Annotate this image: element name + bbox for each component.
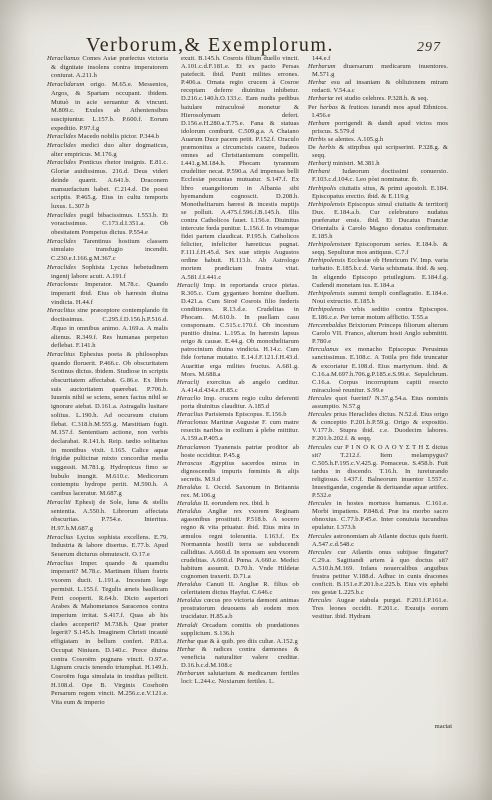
entry-headword: Heraclio: [177, 395, 201, 402]
entry-headword: Herbæ: [177, 646, 195, 653]
index-entry: Hercules prius Heraclides dictus. N.52.d…: [308, 411, 448, 443]
index-entry: Heraclianus Comes Asiæ præfectus victori…: [47, 55, 168, 81]
index-entry: Heraclio Imp. crucem regio cultu deferen…: [177, 395, 299, 411]
entry-headword: Heraclides: [47, 142, 76, 149]
entry-headword: Heraldus: [177, 500, 202, 507]
index-entry: Herbipolensis Episcopus simul ciuitatis …: [308, 201, 448, 241]
index-entry: Hercules in hostes mortuos humanus. C.16…: [308, 500, 448, 532]
index-entry: Heraldus I. Occid. Saxonum in Britannia …: [177, 484, 299, 500]
index-entry: Herbariæ rei studio celebres. P.328.h. &…: [308, 95, 448, 103]
index-entry: Herbipolensis Ecclesiæ ob Henricum IV. I…: [308, 257, 448, 289]
entry-headword: Herbarij: [308, 160, 331, 167]
index-column-1: Heraclianus Comes Asiæ præfectus victori…: [47, 55, 168, 737]
entry-headword: Heraclidarum: [47, 81, 84, 88]
entry-headword: Herbæ: [177, 638, 195, 645]
entry-headword: Hercules: [308, 444, 332, 451]
entry-headword: Heraclij: [177, 282, 199, 289]
entry-headword: Herbani: [308, 168, 330, 175]
index-entry: Herbam porrigendi & dandi apud victos mo…: [308, 120, 448, 136]
entry-headword: Heraclitus: [47, 307, 75, 314]
index-entry: Herbipolensis vrbis seditio contra Episc…: [308, 306, 448, 322]
entry-headword: Herbipolis: [308, 185, 336, 192]
index-entry: Heraldus cœcus pro victoria dæmoni anima…: [177, 597, 299, 621]
index-entry: Heraldus Angliæ rex vxorem Reginam agaso…: [177, 508, 299, 581]
entry-headword: Heraldus: [177, 597, 202, 604]
index-entry: Herbis se alentes. A.105.g.h: [308, 136, 448, 144]
entry-headword: Heraldus: [177, 508, 202, 515]
index-entry: Herbæ quæ & à quib. pro diis cultæ. A.15…: [177, 638, 299, 646]
index-columns: Heraclianus Comes Asiæ præfectus victori…: [47, 55, 455, 737]
entry-headword: Heraldi: [177, 622, 198, 629]
index-entry: Heraclonas Martinæ Augustæ F. cum matre …: [177, 419, 299, 443]
index-entry: 144.e.f: [308, 55, 448, 63]
index-entry: Hercules astronomiam ab Atlante doctus q…: [308, 533, 448, 549]
index-entry: Heraclius Lycius sophista excellens. E.7…: [47, 534, 168, 560]
page-number: 297: [404, 40, 454, 56]
index-entry: De herbis & stirpibus qui scripserint. P…: [308, 144, 448, 160]
entry-headword: Herbæ: [308, 79, 326, 86]
index-entry: Heraldus II. eorundem rex. ibid. h: [177, 500, 299, 508]
index-entry: Herbarum diuersarum medicarum inuentores…: [308, 63, 448, 79]
entry-headword: herbis: [319, 144, 336, 151]
entry-headword: Heraclides: [47, 159, 76, 166]
index-entry: Hercules cur Atlantis onus subijsse fing…: [308, 549, 448, 598]
entry-headword: Herbariæ: [308, 95, 334, 102]
index-entry: Herbipolis ciuitatis situs, & primi apos…: [308, 185, 448, 201]
index-entry: Herbipolensis summi templi conflagratio.…: [308, 290, 448, 306]
entry-headword: Heraclij: [177, 379, 199, 386]
index-entry: Heraldi Orcadum comitis ob prædationes s…: [177, 622, 299, 638]
entry-headword: Heraclides: [47, 264, 76, 271]
index-entry: Heraclamon Tyanensis patriæ proditor ab …: [177, 444, 299, 460]
entry-headword: Heraldus: [177, 581, 202, 588]
running-header: Verborum,& Exemplorum.: [0, 34, 420, 57]
entry-headword: Heraclides: [47, 133, 76, 140]
index-entry: Herbarum salutarium & medicarum fertiles…: [177, 670, 299, 686]
entry-headword: Herbarum: [177, 670, 204, 677]
entry-headword: Heracliti: [47, 499, 71, 506]
entry-headword: Hercules: [308, 395, 332, 402]
index-entry: Heraclidarum origo. M.65.e. Messenios, A…: [47, 81, 168, 133]
index-entry: Heraclius Imper. quando & quamdiu impera…: [47, 560, 168, 708]
index-entry: Herculanus ex monacho Episcopus Perusinu…: [308, 346, 448, 395]
entry-headword: Heraclianus: [47, 55, 80, 62]
entry-headword: Herculanus: [308, 346, 339, 353]
entry-headword: Herbam: [308, 120, 330, 127]
index-column-2: exuit. B.145.h. Cosrois filium duello vi…: [177, 55, 299, 737]
index-entry: Herbipolensium Episcoporum series. E.184…: [308, 241, 448, 257]
index-entry: Heraclitus sine præceptore contemplando …: [47, 307, 168, 351]
entry-headword: Herbipolensis: [308, 257, 345, 264]
entry-headword: Herbipolensium: [308, 241, 351, 248]
entry-headword: Herbipolensis: [308, 290, 345, 297]
index-entry: Heraclides Ponticus rhetor insignis. E.8…: [47, 159, 168, 211]
index-entry: Heraclij exercitus ab angelo cæditur. A.…: [177, 379, 299, 395]
entry-headword: Heraclius: [47, 560, 73, 567]
index-entry: Hercules Augeæ stabula purgat. F.201.f.P…: [308, 597, 448, 621]
entry-headword: Heraldus: [177, 484, 202, 491]
index-entry: Per herbas & frutices iurandi mos apud E…: [308, 104, 448, 120]
index-column-3: 144.e.fHerbarum diuersarum medicarum inu…: [308, 55, 448, 737]
entry-headword: Heraclius: [47, 534, 73, 541]
entry-headword: Hercules: [308, 549, 332, 556]
entry-headword: Heraclitus: [47, 351, 75, 358]
index-entry: Heraclonas Imperator. M.78.c. Quando imp…: [47, 281, 168, 307]
entry-headword: Herbis: [308, 136, 326, 143]
entry-headword: Hercules: [308, 597, 332, 604]
index-entry: Heraclides medici duo alter dogmaticus, …: [47, 142, 168, 159]
index-entry: Herbani Iudæorum doctissimi conuersio. F…: [308, 168, 448, 184]
index-entry: Hercembaldus Brixiorum Princeps filiorum…: [308, 322, 448, 346]
index-entry: Heraclitus Ephesius poeta & philosophus …: [47, 351, 168, 499]
index-entry: exuit. B.145.h. Cosrois filium duello vi…: [177, 55, 299, 282]
index-entry: Herascus Ægyptius sacerdos mirus in dign…: [177, 460, 299, 484]
index-entry: Heraclides pugil bibacissimus. I.553.b. …: [47, 212, 168, 238]
index-entry: Hercules quot fuerint? N.37.g.54.a. Eius…: [308, 395, 448, 411]
entry-headword: Herbarum: [308, 63, 335, 70]
index-entry: Heraclius Parisiensis Episcopus. E.156.b: [177, 411, 299, 419]
index-entry: Herbæ & radices contra dæmones & venefic…: [177, 646, 299, 670]
entry-headword: Heraclamon: [177, 444, 210, 451]
index-entry: Heraclides Tarentinus hostium classem si…: [47, 238, 168, 264]
index-entry: Heracliti Ephesij de Sole, luna & stelli…: [47, 499, 168, 534]
index-entry: Heraclides Macedo nobilis pictor. P.344.…: [47, 133, 168, 142]
header-title: Verborum,& Exemplorum.: [86, 34, 334, 56]
entry-headword: Herbipolensis: [308, 201, 345, 208]
entry-headword: Hercules: [308, 500, 332, 507]
index-entry: Heraldus Canuti II. Angliæ R. filius ob …: [177, 581, 299, 597]
catchword: mactat: [312, 723, 454, 730]
index-entry: Heraclij Imp. in reportanda cruce pietas…: [177, 282, 299, 379]
entry-headword: Hercules: [308, 411, 332, 418]
index-entry: Hercules cur Ρ Ι Ν Ο Κ Ο Λ Ο Υ Σ Τ Η Σ d…: [308, 444, 448, 501]
entry-headword: Herascus: [177, 460, 202, 467]
entry-headword: Hercules: [308, 533, 332, 540]
entry-headword: Hercembaldus: [308, 322, 346, 329]
index-entry: Heraclides Sophista Lycius hebetudinem i…: [47, 264, 168, 281]
entry-headword: Heraclonas: [177, 419, 208, 426]
entry-headword: Heraclius: [177, 411, 203, 418]
entry-headword: herbas: [320, 104, 338, 111]
entry-headword: Heraclides: [47, 212, 76, 219]
book-page: Verborum,& Exemplorum. 297 Heraclianus C…: [0, 0, 492, 800]
entry-headword: Heraclides: [47, 238, 76, 245]
entry-headword: Herbipolensis: [308, 306, 345, 313]
entry-headword: Heraclonas: [47, 281, 78, 288]
index-entry: Herbarij ministri. M.381.h: [308, 160, 448, 168]
index-entry: Herbæ esu ad insaniam & obliuionem miram…: [308, 79, 448, 95]
